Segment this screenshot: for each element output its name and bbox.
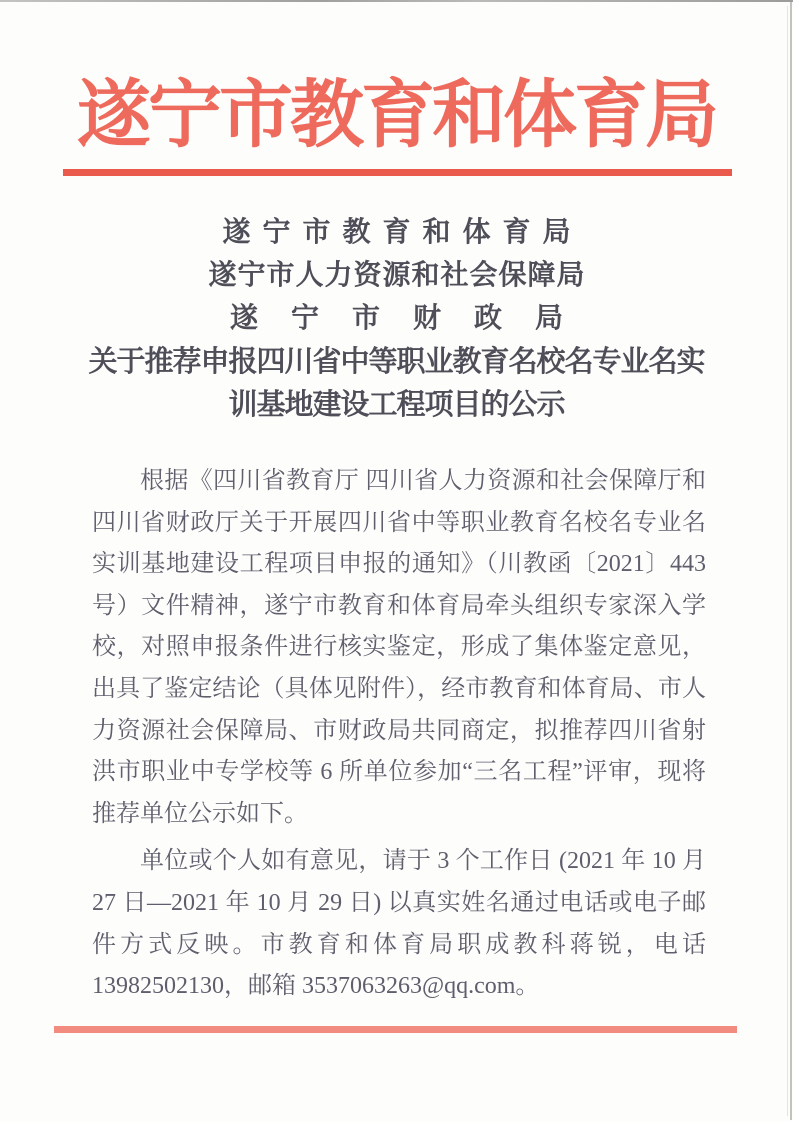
document-title-line-1: 关于推荐申报四川省中等职业教育名校名专业名实: [0, 339, 793, 380]
scan-edge-top: [0, 0, 793, 2]
body-paragraph-1: 根据《四川省教育厅 四川省人力资源和社会保障厅和四川省财政厅关于开展四川省中等职…: [92, 461, 706, 835]
document-page: 遂宁市教育和体育局 遂宁市教育和体育局 遂宁市人力资源和社会保障局 遂宁市财政局…: [0, 0, 793, 1122]
document-body: 根据《四川省教育厅 四川省人力资源和社会保障厅和四川省财政厅关于开展四川省中等职…: [92, 461, 706, 1008]
document-title-line-2: 训基地建设工程项目的公示: [0, 382, 793, 423]
body-paragraph-2: 单位或个人如有意见，请于 3 个工作日 (2021 年 10 月 27 日—20…: [92, 841, 706, 1007]
issuer-line-education-sports-bureau: 遂宁市教育和体育局: [0, 210, 793, 250]
issuer-line-human-resources-bureau: 遂宁市人力资源和社会保障局: [0, 253, 793, 293]
footer-double-rule: [54, 1026, 737, 1033]
issuer-line-finance-bureau: 遂宁市财政局: [0, 296, 793, 336]
letterhead-double-rule: [63, 169, 732, 176]
letterhead-title: 遂宁市教育和体育局: [0, 66, 793, 166]
scan-edge-right-inner: [787, 6, 788, 1116]
scan-edge-right: [790, 2, 792, 1120]
